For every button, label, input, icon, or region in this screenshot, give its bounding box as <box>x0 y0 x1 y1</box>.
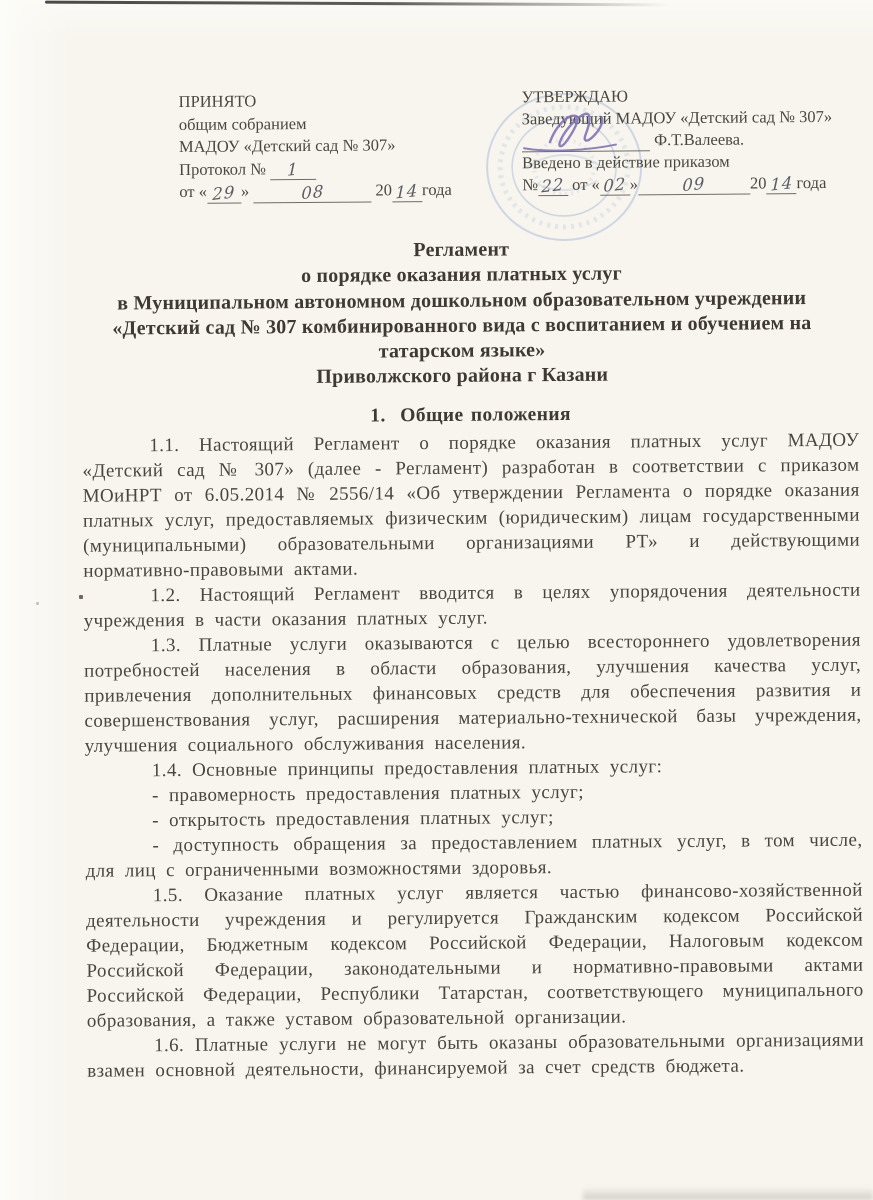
signatory-name: Ф.Т.Валеева. <box>654 130 744 150</box>
section-heading: 1. Общие положения <box>82 400 859 431</box>
accepted-block: ПРИНЯТО общим собранием МАДОУ «Детский с… <box>179 89 452 204</box>
year-blank: 14 <box>392 183 422 202</box>
document-sheet: ПРИНЯТО общим собранием МАДОУ «Детский с… <box>0 0 873 1200</box>
accepted-body-line: общим собранием <box>179 111 452 136</box>
accepted-title: ПРИНЯТО <box>179 89 452 114</box>
title-line: Приволжского района г Казани <box>62 361 863 393</box>
document-title: Регламент о порядке оказания платных усл… <box>61 235 863 393</box>
protocol-line: Протокол № 1 <box>179 156 452 181</box>
approved-head-line: Заведующий МАДОУ «Детский сад № 307» <box>522 106 868 131</box>
paragraph-1-1: 1.1. Настоящий Регламент о порядке оказа… <box>82 428 860 584</box>
list-item: - доступность обращения за предоставлени… <box>85 828 862 884</box>
paragraph-1-6: 1.6. Платные услуги не могут быть оказан… <box>87 1028 864 1084</box>
handwritten-month: 08 <box>301 182 324 203</box>
order-month-blank: 09 <box>638 176 750 196</box>
approved-block: УТВЕРЖДАЮ Заведующий МАДОУ «Детский сад … <box>521 84 868 197</box>
handwritten-order-month: 09 <box>682 175 705 196</box>
signature-line: Ф.Т.Валеева. <box>522 128 868 153</box>
paragraph-1-3: 1.3. Платные услуги оказываются с целью … <box>84 628 862 759</box>
order-day-blank: 02 <box>600 176 630 195</box>
day-blank: 29 <box>207 184 241 203</box>
paragraph-1-5: 1.5. Оказание платных услуг является час… <box>86 878 864 1034</box>
order-year-blank: 14 <box>766 175 796 194</box>
protocol-number-blank: 1 <box>270 161 316 180</box>
signature-area <box>522 129 650 152</box>
order-intro-line: Введено в действие приказом <box>522 150 868 175</box>
order-number-blank: 22 <box>538 177 568 196</box>
accepted-org-line: МАДОУ «Детский сад № 307» <box>179 134 452 159</box>
handwritten-order-number: 22 <box>541 176 564 197</box>
order-date-line: №22 от «02»092014года <box>522 172 868 197</box>
paragraph-1-2: 1.2. Настоящий Регламент вводится в целя… <box>83 578 860 634</box>
handwritten-order-year: 14 <box>770 174 793 195</box>
handwritten-order-day: 02 <box>603 175 626 196</box>
handwritten-year: 14 <box>395 181 418 202</box>
document-body: 1. Общие положения 1.1. Настоящий Реглам… <box>82 400 864 1084</box>
accepted-date-line: от «29» 08 2014года <box>179 179 452 204</box>
month-blank: 08 <box>253 183 371 203</box>
approved-title: УТВЕРЖДАЮ <box>521 84 867 109</box>
scanned-document-page: { "page": { "paper_color": "#f7f5ee", "i… <box>0 0 873 1200</box>
handwritten-day: 29 <box>212 183 235 204</box>
handwritten-protocol-number: 1 <box>287 160 299 179</box>
